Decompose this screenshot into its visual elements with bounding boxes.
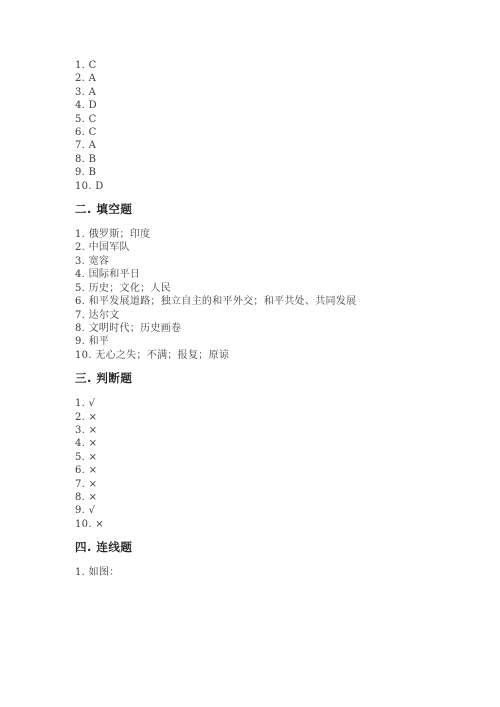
answer-item: 7. A (75, 139, 460, 152)
section-true-false: 三. 判断题 1. √2. ×3. ×4. ×5. ×6. ×7. ×8. ×9… (75, 371, 460, 531)
answer-key-page: 1. C2. A3. A4. D5. C6. C7. A8. B9. B10. … (0, 0, 500, 707)
answer-item: 9. 和平 (75, 335, 460, 348)
answer-item: 6. 和平发展道路；独立自主的和平外交；和平共处、共同发展 (75, 295, 460, 308)
section-multiple-choice: 1. C2. A3. A4. D5. C6. C7. A8. B9. B10. … (75, 59, 460, 193)
answer-item: 7. × (75, 478, 460, 491)
answer-item: 2. A (75, 72, 460, 85)
answer-item: 8. B (75, 153, 460, 166)
answer-item: 2. 中国军队 (75, 241, 460, 254)
answer-item: 5. C (75, 113, 460, 126)
answer-item: 4. 国际和平日 (75, 268, 460, 281)
answer-item: 1. C (75, 59, 460, 72)
answer-item: 6. × (75, 464, 460, 477)
answer-item: 5. × (75, 451, 460, 464)
true-false-heading: 三. 判断题 (75, 371, 460, 385)
answer-item: 9. √ (75, 504, 460, 517)
true-false-answer-list: 1. √2. ×3. ×4. ×5. ×6. ×7. ×8. ×9. √10. … (75, 397, 460, 531)
answer-item: 1. 如图： (75, 566, 460, 579)
fill-in-blank-heading: 二. 填空题 (75, 202, 460, 216)
answer-item: 4. × (75, 437, 460, 450)
answer-item: 7. 达尔文 (75, 309, 460, 322)
multiple-choice-answer-list: 1. C2. A3. A4. D5. C6. C7. A8. B9. B10. … (75, 59, 460, 193)
answer-item: 1. √ (75, 397, 460, 410)
answer-item: 3. A (75, 86, 460, 99)
answer-item: 1. 俄罗斯；印度 (75, 228, 460, 241)
matching-heading: 四. 连线题 (75, 540, 460, 554)
matching-answer-list: 1. 如图： (75, 566, 460, 579)
answer-item: 10. D (75, 180, 460, 193)
answer-item: 8. 文明时代；历史画卷 (75, 322, 460, 335)
answer-item: 8. × (75, 491, 460, 504)
answer-item: 2. × (75, 411, 460, 424)
answer-item: 3. 宽容 (75, 255, 460, 268)
answer-item: 3. × (75, 424, 460, 437)
answer-item: 5. 历史；文化；人民 (75, 282, 460, 295)
fill-in-blank-answer-list: 1. 俄罗斯；印度2. 中国军队3. 宽容4. 国际和平日5. 历史；文化；人民… (75, 228, 460, 362)
answer-item: 10. 无心之失；不满；报复；原谅 (75, 349, 460, 362)
section-matching: 四. 连线题 1. 如图： (75, 540, 460, 579)
answer-item: 10. × (75, 518, 460, 531)
section-fill-in-blank: 二. 填空题 1. 俄罗斯；印度2. 中国军队3. 宽容4. 国际和平日5. 历… (75, 202, 460, 362)
answer-item: 4. D (75, 99, 460, 112)
answer-item: 9. B (75, 166, 460, 179)
answer-item: 6. C (75, 126, 460, 139)
